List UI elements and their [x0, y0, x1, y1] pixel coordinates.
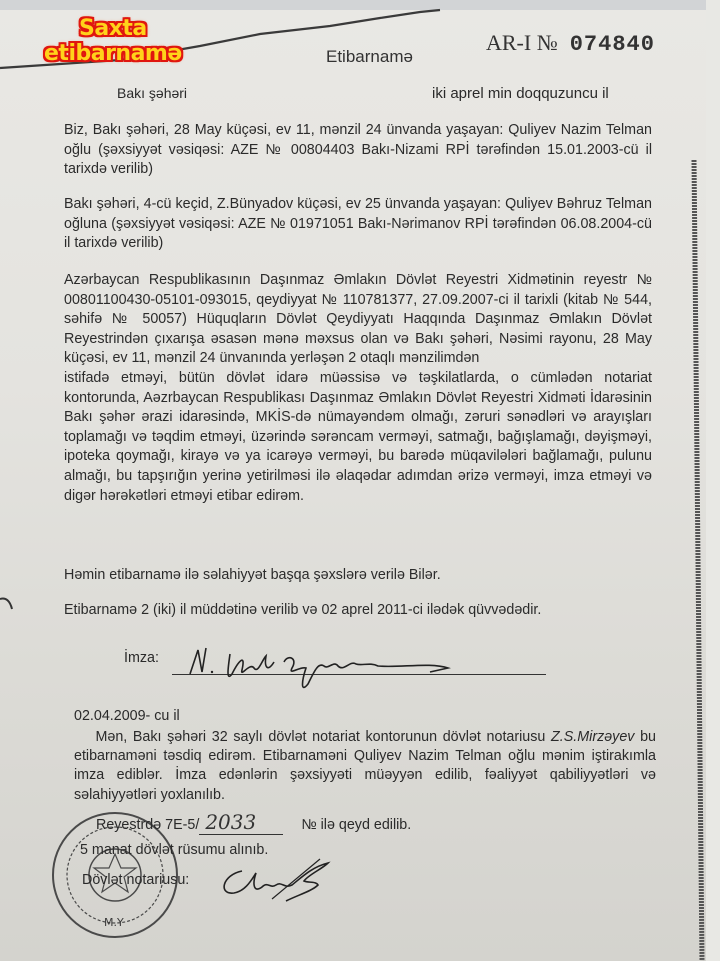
certification-text: Mən, Bakı şəhəri 32 saylı dövlət notaria… [74, 728, 656, 805]
registry-tail: № ilə qeyd edilib. [301, 817, 411, 833]
registry-number: 2033 [199, 810, 283, 835]
label-line-2: etibarnamə [44, 41, 182, 66]
principal-signature [180, 632, 480, 702]
document-title: Etibarnamə [326, 47, 413, 67]
fake-document-label: Saxta etibarnamə [44, 16, 182, 66]
registry-label: Reyestrdə 7E-5/ [96, 817, 199, 833]
notary-signature [212, 855, 352, 905]
notary-name: Z.S.Mirzəyev [551, 729, 634, 745]
margin-mark [0, 595, 14, 615]
certification-date: 02.04.2009- cu il [74, 708, 180, 724]
label-line-1: Saxta [44, 16, 182, 41]
certification-text-before: Mən, Bakı şəhəri 32 saylı dövlət notaria… [95, 729, 551, 745]
validity-paragraph: Etibarnamə 2 (iki) il müddətinə verilib … [64, 601, 652, 621]
registry-entry: Reyestrdə 7E-5/2033№ ilə qeyd edilib. [96, 810, 411, 835]
document-series: AR-I № [486, 30, 558, 55]
svg-text:М.Y: М.Y [104, 916, 124, 929]
document-date-words: iki aprel min doqquzuncu il [432, 85, 609, 102]
property-paragraph: Azərbaycan Respublikasının Daşınmaz Əmla… [64, 271, 652, 506]
property-paragraph-part1: Azərbaycan Respublikasının Daşınmaz Əmla… [64, 271, 652, 369]
notary-label: Dövlət notariusu: [82, 872, 189, 888]
photo-top-band [0, 0, 720, 10]
signature-label: İmza: [124, 650, 159, 666]
delegation-paragraph: Həmin etibarnamə ilə səlahiyyət başqa şə… [64, 566, 652, 586]
paper-torn-edge [680, 0, 720, 961]
attorney-paragraph: Bakı şəhəri, 4-cü keçid, Z.Bünyadov küçə… [64, 195, 652, 254]
principal-paragraph: Biz, Bakı şəhəri, 28 May küçəsi, ev 11, … [64, 121, 652, 180]
document-number-value: 074840 [570, 32, 655, 57]
powers-paragraph: istifadə etməyi, bütün dövlət idarə müəs… [64, 369, 652, 506]
document-city: Bakı şəhəri [117, 85, 187, 101]
document-number: AR-I №074840 [486, 30, 655, 57]
